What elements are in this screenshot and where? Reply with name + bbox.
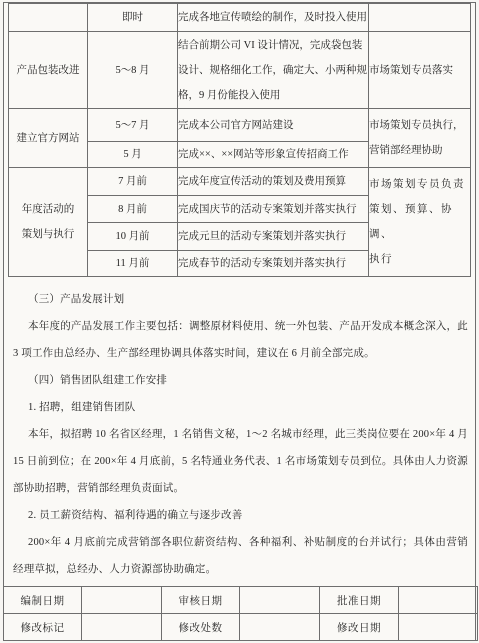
time-cell: 5 月 bbox=[88, 142, 178, 168]
footer-value-cell bbox=[399, 614, 478, 641]
owner-cell: 市场策划专员执行， 营销部经理协助 bbox=[369, 109, 471, 168]
section-heading-3: （三）产品发展计划 bbox=[13, 286, 468, 313]
table-row: 年度活动的 策划与执行 7 月前 完成年度宣传活动的策划及费用预算 市场策划专员… bbox=[9, 168, 471, 196]
paragraph: 本年，拟招聘 10 名省区经理，1 名销售文秘，1～2 名城市经理，此三类岗位要… bbox=[13, 421, 468, 502]
time-cell: 8 月前 bbox=[88, 196, 178, 223]
project-cell: 产品包装改进 bbox=[9, 32, 88, 109]
time-cell: 11 月前 bbox=[88, 251, 178, 277]
footer-label-cell: 修改标记 bbox=[4, 614, 82, 641]
subsection-heading-2: 2. 员工薪资结构、福利待遇的确立与逐步改善 bbox=[13, 502, 468, 529]
schedule-table: 即时 完成各地宣传喷绘的制作，及时投入使用 产品包装改进 5～8 月 结合前期公… bbox=[8, 3, 471, 277]
document-page: 即时 完成各地宣传喷绘的制作，及时投入使用 产品包装改进 5～8 月 结合前期公… bbox=[3, 2, 476, 641]
project-cell: 年度活动的 策划与执行 bbox=[9, 168, 88, 277]
footer-value-cell bbox=[240, 587, 320, 614]
footer-value-cell bbox=[82, 587, 162, 614]
time-cell: 5～7 月 bbox=[88, 109, 178, 142]
project-cell: 建立官方网站 bbox=[9, 109, 88, 168]
footer-value-cell bbox=[399, 587, 478, 614]
footer-label-cell: 修改日期 bbox=[320, 614, 399, 641]
task-cell: 完成国庆节的活动专案策划并落实执行 bbox=[178, 196, 369, 223]
time-cell: 5～8 月 bbox=[88, 32, 178, 109]
owner-cell bbox=[369, 4, 471, 32]
time-cell: 7 月前 bbox=[88, 168, 178, 196]
body-text-section: （三）产品发展计划 本年度的产品发展工作主要包括：调整原材料使用、统一外包装、产… bbox=[4, 277, 475, 583]
footer-table: 编制日期 审核日期 批准日期 修改标记 修改处数 修改日期 bbox=[3, 586, 478, 641]
table-row: 即时 完成各地宣传喷绘的制作，及时投入使用 bbox=[9, 4, 471, 32]
footer-label-cell: 审核日期 bbox=[162, 587, 240, 614]
task-cell: 完成本公司官方网站建设 bbox=[178, 109, 369, 142]
task-cell: 结合前期公司 VI 设计情况，完成袋包装 设计、规格细化工作，确定大、小两种规 … bbox=[178, 32, 369, 109]
footer-label-cell: 编制日期 bbox=[4, 587, 82, 614]
footer-value-cell bbox=[240, 614, 320, 641]
time-cell: 即时 bbox=[88, 4, 178, 32]
time-cell: 10 月前 bbox=[88, 223, 178, 251]
footer-row: 修改标记 修改处数 修改日期 bbox=[4, 614, 478, 641]
owner-cell: 市场策划专员落实 bbox=[369, 32, 471, 109]
paragraph: 200×年 4 月底前完成营销部各职位薪资结构、各种福利、补贴制度的台并试行；具… bbox=[13, 529, 468, 583]
paragraph: 本年度的产品发展工作主要包括：调整原材料使用、统一外包装、产品开发成本概念深入，… bbox=[13, 313, 468, 367]
task-cell: 完成春节的活动专案策划并落实执行 bbox=[178, 251, 369, 277]
task-cell: 完成元旦的活动专案策划并落实执行 bbox=[178, 223, 369, 251]
task-cell: 完成各地宣传喷绘的制作，及时投入使用 bbox=[178, 4, 369, 32]
footer-row: 编制日期 审核日期 批准日期 bbox=[4, 587, 478, 614]
table-row: 建立官方网站 5～7 月 完成本公司官方网站建设 市场策划专员执行， 营销部经理… bbox=[9, 109, 471, 142]
project-cell bbox=[9, 4, 88, 32]
owner-cell: 市场策划专员负责 策划、预算、协调、 执行 bbox=[369, 168, 471, 277]
footer-label-cell: 批准日期 bbox=[320, 587, 399, 614]
subsection-heading-1: 1. 招聘，组建销售团队 bbox=[13, 394, 468, 421]
task-cell: 完成××、××网站等形象宣传招商工作 bbox=[178, 142, 369, 168]
task-cell: 完成年度宣传活动的策划及费用预算 bbox=[178, 168, 369, 196]
footer-label-cell: 修改处数 bbox=[162, 614, 240, 641]
table-row: 产品包装改进 5～8 月 结合前期公司 VI 设计情况，完成袋包装 设计、规格细… bbox=[9, 32, 471, 109]
footer-value-cell bbox=[82, 614, 162, 641]
section-heading-4: （四）销售团队组建工作安排 bbox=[13, 367, 468, 394]
